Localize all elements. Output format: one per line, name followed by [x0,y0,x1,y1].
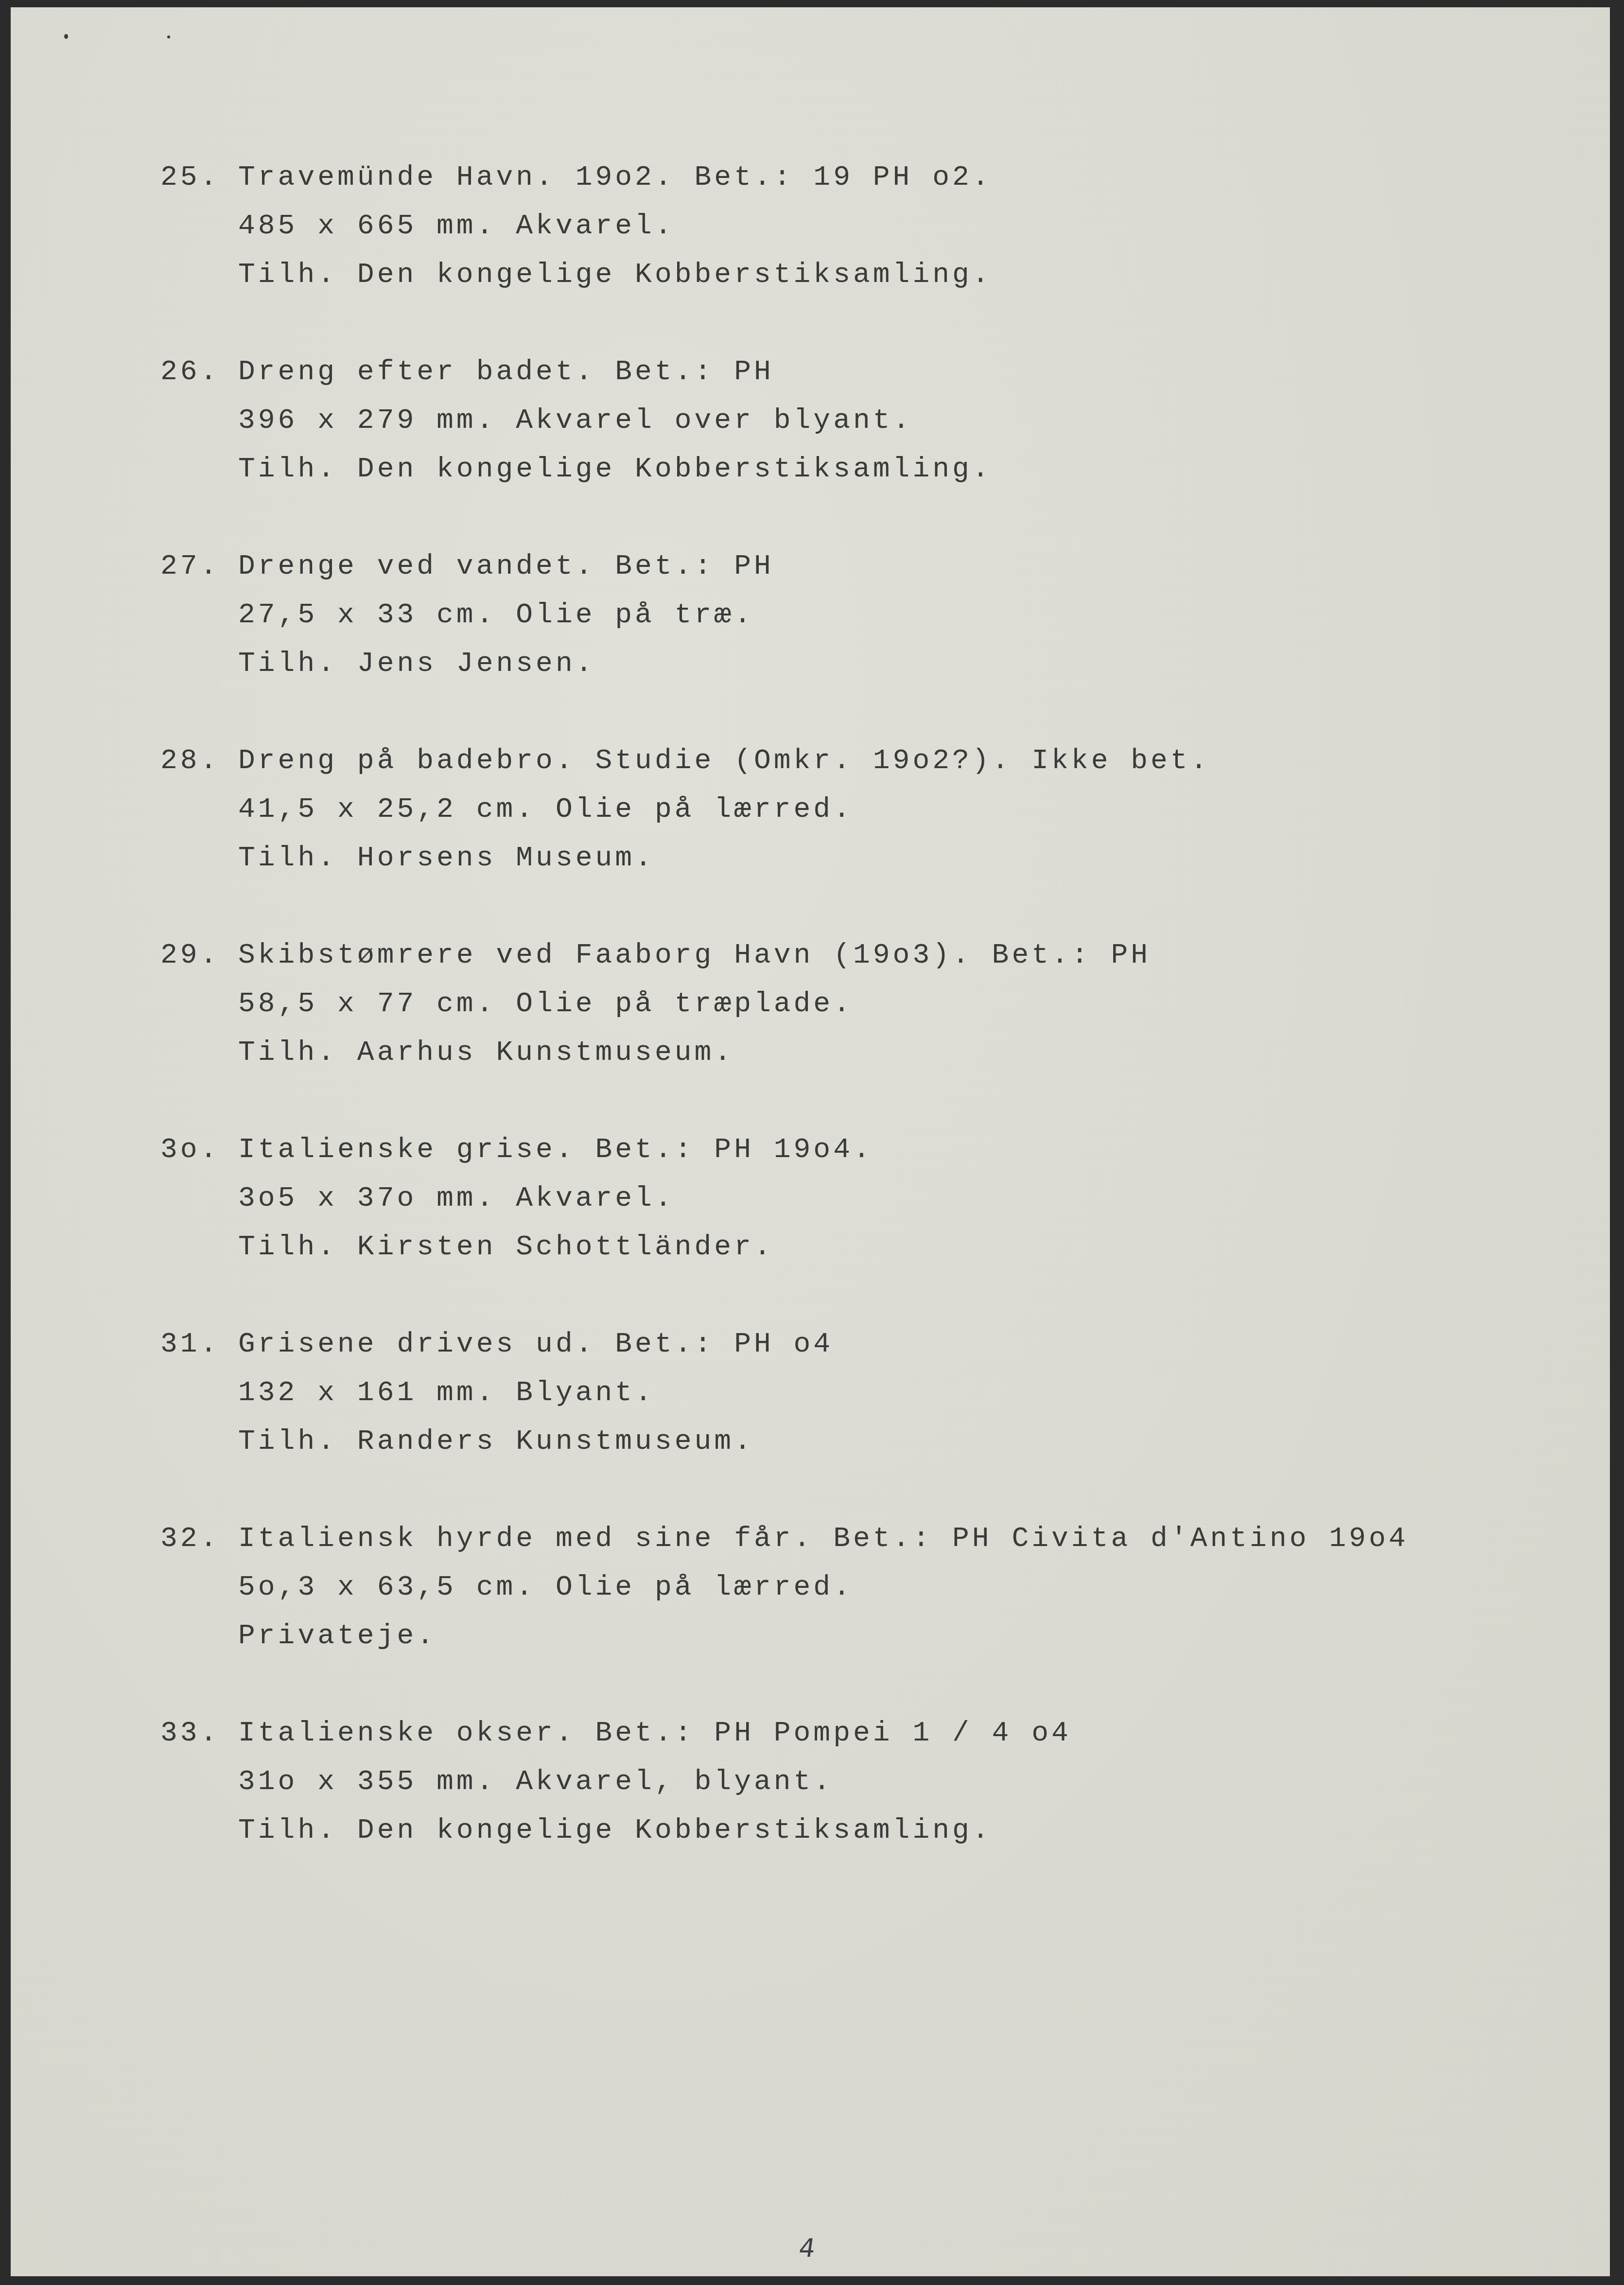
entry-dimensions: 485 x 665 mm. Akvarel. [238,212,675,241]
entry-title: Italiensk hyrde med sine får. Bet.: PH C… [238,1525,1409,1553]
entry-title: Italienske okser. Bet.: PH Pompei 1 / 4 … [238,1720,1071,1748]
entry-number: 28. [160,747,220,775]
entry-number: 26. [160,358,220,387]
entry-owner: Tilh. Kirsten Schottländer. [238,1233,774,1262]
entry-title: Dreng på badebro. Studie (Omkr. 19o2?). … [238,747,1210,775]
entry-owner: Tilh. Horsens Museum. [238,844,655,873]
entry-dimensions: 5o,3 x 63,5 cm. Olie på lærred. [238,1574,853,1602]
entry-dimensions: 132 x 161 mm. Blyant. [238,1379,655,1407]
entry-dimensions: 58,5 x 77 cm. Olie på træplade. [238,990,853,1019]
entry-title: Skibstømrere ved Faaborg Havn (19o3). Be… [238,942,1151,970]
entry-number: 3o. [160,1136,220,1164]
entry-owner: Tilh. Den kongelige Kobberstiksamling. [238,261,992,289]
entry-dimensions: 27,5 x 33 cm. Olie på træ. [238,601,754,630]
punch-hole-mark [64,34,68,39]
entry-number: 32. [160,1525,220,1553]
entry-owner: Tilh. Den kongelige Kobberstiksamling. [238,456,992,484]
entry-dimensions: 3o5 x 37o mm. Akvarel. [238,1185,675,1213]
entry-owner: Tilh. Den kongelige Kobberstiksamling. [238,1817,992,1845]
entry-number: 25. [160,164,220,192]
page-number: 4 [797,2234,818,2263]
entry-title: Grisene drives ud. Bet.: PH o4 [238,1331,833,1359]
entry-owner: Tilh. Randers Kunstmuseum. [238,1428,754,1456]
entry-title: Italienske grise. Bet.: PH 19o4. [238,1136,873,1164]
entry-dimensions: 41,5 x 25,2 cm. Olie på lærred. [238,796,853,824]
entry-title: Travemünde Havn. 19o2. Bet.: 19 PH o2. [238,164,992,192]
entry-number: 33. [160,1720,220,1748]
entry-owner: Tilh. Jens Jensen. [238,650,595,678]
entry-number: 31. [160,1331,220,1359]
document-page: 25. Travemünde Havn. 19o2. Bet.: 19 PH o… [11,7,1610,2276]
entry-owner: Tilh. Aarhus Kunstmuseum. [238,1039,734,1067]
entry-number: 29. [160,942,220,970]
entry-owner: Privateje. [238,1622,437,1651]
entry-title: Drenge ved vandet. Bet.: PH [238,553,774,581]
punch-hole-mark [167,35,170,38]
entry-number: 27. [160,553,220,581]
entry-dimensions: 396 x 279 mm. Akvarel over blyant. [238,407,912,435]
entry-title: Dreng efter badet. Bet.: PH [238,358,774,387]
entry-dimensions: 31o x 355 mm. Akvarel, blyant. [238,1768,833,1796]
